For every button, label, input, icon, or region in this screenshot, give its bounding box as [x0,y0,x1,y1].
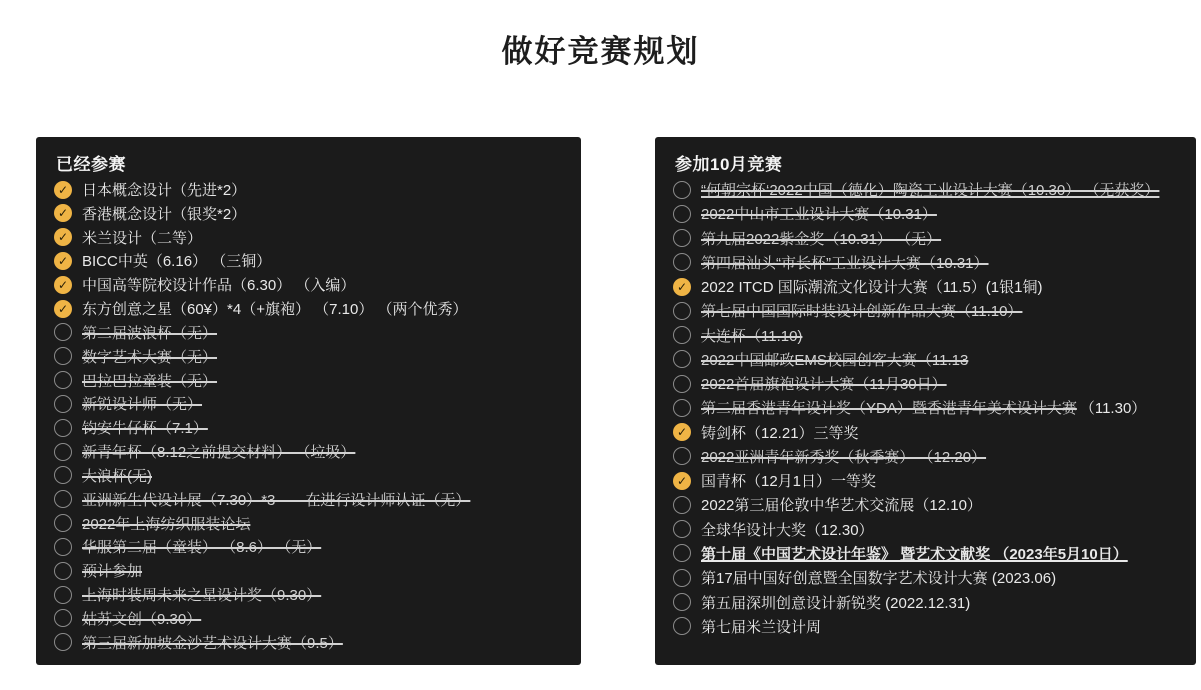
item-text: 2022中山市工业设计大赛（10.31） [701,203,937,224]
todo-item: 全球华设计大奖（12.30） [673,519,1182,540]
todo-item: ✓国青杯（12月1日）一等奖 [673,470,1182,491]
item-text: 第四届汕头“市长杯”工业设计大赛（10.31） [701,252,989,273]
checkbox-unchecked-icon[interactable] [673,520,691,538]
todo-item: 2022中国邮政EMS校园创客大赛（11.13 [673,349,1182,370]
item-text: 2022首届旗袍设计大赛（11月30日） [701,373,947,394]
todo-item: 第17届中国好创意暨全国数字艺术设计大赛 (2023.06) [673,567,1182,588]
todo-item: ✓BICC中英（6.16） （三铜） [54,250,567,271]
item-text: 亚洲新生代设计展（7.30）*3——在进行设计师认证（无） [82,489,470,510]
checkbox-unchecked-icon[interactable] [54,514,72,532]
checkbox-checked-icon[interactable]: ✓ [54,276,72,294]
item-text: 米兰设计（二等） [82,227,202,248]
checkbox-checked-icon[interactable]: ✓ [54,228,72,246]
item-text: 姑苏文创（9.30） [82,608,201,629]
todo-item: 第三届新加坡金沙艺术设计大赛（9.5） [54,632,567,653]
item-text: 新青年杯（8.12之前提交材料） （垃圾） [82,441,355,462]
checkbox-unchecked-icon[interactable] [54,395,72,413]
checkbox-unchecked-icon[interactable] [54,347,72,365]
item-text-tail: （11.30） [1080,397,1146,418]
checkbox-unchecked-icon[interactable] [54,562,72,580]
item-text: 第七届米兰设计周 [701,616,821,637]
checkbox-unchecked-icon[interactable] [54,609,72,627]
checkbox-checked-icon[interactable]: ✓ [673,278,691,296]
checkbox-checked-icon[interactable]: ✓ [54,300,72,318]
item-text: 预计参加 [82,560,142,581]
checkbox-checked-icon[interactable]: ✓ [54,181,72,199]
todo-item: 大浪杯(无) [54,465,567,486]
todo-item: 新青年杯（8.12之前提交材料） （垃圾） [54,441,567,462]
checkbox-unchecked-icon[interactable] [673,229,691,247]
item-text: 巴拉巴拉童装（无） [82,370,217,391]
todo-item: ✓香港概念设计（银奖*2） [54,203,567,224]
todo-item: ✓中国高等院校设计作品（6.30） （入编） [54,274,567,295]
item-text: 第二届波浪杯（无） [82,322,217,343]
checkbox-checked-icon[interactable]: ✓ [54,204,72,222]
checkbox-unchecked-icon[interactable] [54,323,72,341]
todo-item: 钧安牛仔杯（7.1） [54,417,567,438]
item-text: 第二届香港青年设计奖（YDA）暨香港青年美术设计大赛 [701,397,1077,418]
checkbox-checked-icon[interactable]: ✓ [673,423,691,441]
item-text: 第九届2022紫金奖（10.31） （无） [701,228,941,249]
checkbox-unchecked-icon[interactable] [673,496,691,514]
checkbox-unchecked-icon[interactable] [673,399,691,417]
todo-item: 华服第二届（童装） （8.6） （无） [54,536,567,557]
todo-item: ✓东方创意之星（60¥）*4（+旗袍） （7.10） （两个优秀） [54,298,567,319]
todo-item: 第五届深圳创意设计新锐奖 (2022.12.31) [673,592,1182,613]
checkbox-unchecked-icon[interactable] [54,633,72,651]
checkbox-unchecked-icon[interactable] [673,593,691,611]
todo-item: 巴拉巴拉童装（无） [54,370,567,391]
todo-item: ✓2022 ITCD 国际潮流文化设计大赛（11.5）(1银1铜) [673,276,1182,297]
item-text: 大连杯（11.10) [701,325,802,346]
todo-item: 亚洲新生代设计展（7.30）*3——在进行设计师认证（无） [54,489,567,510]
checkbox-unchecked-icon[interactable] [673,569,691,587]
checkbox-checked-icon[interactable]: ✓ [54,252,72,270]
todo-item: 2022亚洲青年新秀奖（秋季赛） （12.20） [673,446,1182,467]
checkbox-checked-icon[interactable]: ✓ [673,472,691,490]
todo-item: 第七届中国国际时装设计创新作品大赛（11.10） [673,300,1182,321]
todo-item: ✓米兰设计（二等） [54,227,567,248]
item-text: 第17届中国好创意暨全国数字艺术设计大赛 (2023.06) [701,567,1056,588]
todo-list: ✓日本概念设计（先进*2）✓香港概念设计（银奖*2）✓米兰设计（二等）✓BICC… [54,179,567,653]
todo-item: 2022中山市工业设计大赛（10.31） [673,203,1182,224]
item-text: 香港概念设计（银奖*2） [82,203,246,224]
todo-item: 大连杯（11.10) [673,325,1182,346]
checkbox-unchecked-icon[interactable] [54,371,72,389]
checkbox-unchecked-icon[interactable] [673,181,691,199]
item-text: 华服第二届（童装） （8.6） （无） [82,536,321,557]
item-text: 日本概念设计（先进*2） [82,179,246,200]
item-text: 2022第三届伦敦中华艺术交流展（12.10） [701,494,982,515]
todo-item: 2022第三届伦敦中华艺术交流展（12.10） [673,494,1182,515]
item-text: 中国高等院校设计作品（6.30） （入编） [82,274,355,295]
item-text: 2022年上海纺织服装论坛 [82,513,250,534]
already-participated-panel: 已经参赛 ✓日本概念设计（先进*2）✓香港概念设计（银奖*2）✓米兰设计（二等）… [36,137,581,665]
checkbox-unchecked-icon[interactable] [673,253,691,271]
item-text: 全球华设计大奖（12.30） [701,519,874,540]
item-text: 铸剑杯（12.21）三等奖 [701,422,859,443]
checkbox-unchecked-icon[interactable] [54,466,72,484]
item-text: 2022 ITCD 国际潮流文化设计大赛（11.5）(1银1铜) [701,276,1042,297]
todo-item: 第十届《中国艺术设计年鉴》 暨艺术文献奖 （2023年5月10日） [673,543,1182,564]
todo-item: 2022年上海纺织服装论坛 [54,513,567,534]
todo-item: 上海时装周未来之星设计奖（9.30） [54,584,567,605]
todo-item: 第二届香港青年设计奖（YDA）暨香港青年美术设计大赛（11.30） [673,397,1182,418]
item-text: 上海时装周未来之星设计奖（9.30） [82,584,321,605]
todo-item: 第四届汕头“市长杯”工业设计大赛（10.31） [673,252,1182,273]
todo-item: ✓日本概念设计（先进*2） [54,179,567,200]
todo-item: 姑苏文创（9.30） [54,608,567,629]
todo-item: 第二届波浪杯（无） [54,322,567,343]
todo-item: ✓铸剑杯（12.21）三等奖 [673,422,1182,443]
todo-item: 新锐设计师（无） [54,393,567,414]
panel-heading: 参加10月竞赛 [673,147,1182,179]
item-text: 第五届深圳创意设计新锐奖 (2022.12.31) [701,592,970,613]
todo-item: “何朝宗杯‘2022中国（德化）陶瓷工业设计大赛（10.30） （无获奖） [673,179,1182,200]
checkbox-unchecked-icon[interactable] [673,544,691,562]
checkbox-unchecked-icon[interactable] [54,443,72,461]
checkbox-unchecked-icon[interactable] [54,419,72,437]
checkbox-unchecked-icon[interactable] [673,375,691,393]
page-title: 做好竞赛规划 [0,26,1201,71]
todo-item: 预计参加 [54,560,567,581]
todo-item: 2022首届旗袍设计大赛（11月30日） [673,373,1182,394]
item-text: “何朝宗杯‘2022中国（德化）陶瓷工业设计大赛（10.30） （无获奖） [701,179,1159,200]
item-text: 新锐设计师（无） [82,393,202,414]
item-text: 2022亚洲青年新秀奖（秋季赛） （12.20） [701,446,986,467]
panel-heading: 已经参赛 [54,147,567,179]
todo-item: 第七届米兰设计周 [673,616,1182,637]
item-text: 数字艺术大赛（无） [82,346,217,367]
item-text: 国青杯（12月1日）一等奖 [701,470,876,491]
checkbox-unchecked-icon[interactable] [673,350,691,368]
item-text: 第七届中国国际时装设计创新作品大赛（11.10） [701,300,1022,321]
item-text: 第三届新加坡金沙艺术设计大赛（9.5） [82,632,343,653]
todo-item: 数字艺术大赛（无） [54,346,567,367]
item-text: 东方创意之星（60¥）*4（+旗袍） （7.10） （两个优秀） [82,298,468,319]
checkbox-unchecked-icon[interactable] [673,447,691,465]
checkbox-unchecked-icon[interactable] [54,586,72,604]
todo-list: “何朝宗杯‘2022中国（德化）陶瓷工业设计大赛（10.30） （无获奖）202… [673,179,1182,637]
item-text: BICC中英（6.16） （三铜） [82,250,271,271]
item-text: 2022中国邮政EMS校园创客大赛（11.13 [701,349,968,370]
checkbox-unchecked-icon[interactable] [673,205,691,223]
checkbox-unchecked-icon[interactable] [673,617,691,635]
checkbox-unchecked-icon[interactable] [54,490,72,508]
checkbox-unchecked-icon[interactable] [673,326,691,344]
october-competitions-panel: 参加10月竞赛 “何朝宗杯‘2022中国（德化）陶瓷工业设计大赛（10.30） … [655,137,1196,665]
item-text: 大浪杯(无) [82,465,152,486]
item-text: 钧安牛仔杯（7.1） [82,417,208,438]
checkbox-unchecked-icon[interactable] [54,538,72,556]
item-text: 第十届《中国艺术设计年鉴》 暨艺术文献奖 （2023年5月10日） [701,543,1128,564]
todo-item: 第九届2022紫金奖（10.31） （无） [673,228,1182,249]
checkbox-unchecked-icon[interactable] [673,302,691,320]
